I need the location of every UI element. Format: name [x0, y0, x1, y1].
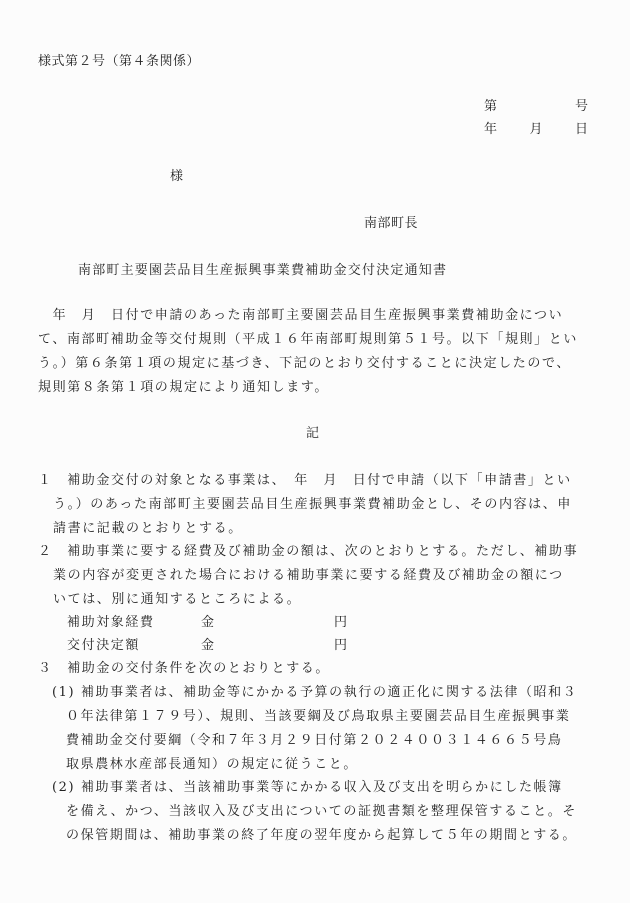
condition-line: ０年法律第１７９号）、規則、当該要綱及び鳥取県主要園芸品目生産振興事業	[66, 709, 571, 725]
date-year: 年	[484, 122, 497, 138]
item-line: ２ 補助事業に要する経費及び補助金の額は、次のとおりとする。ただし、補助事	[38, 544, 578, 560]
ki-heading: 記	[306, 426, 321, 442]
document-number: 第 号	[484, 99, 588, 115]
body-line: て、南部町補助金等交付規則（平成１６年南部町規則第５１号。以下「規則」とい	[38, 332, 578, 348]
condition-line: 取県農林水産部長通知）の規定に従うこと。	[66, 757, 358, 773]
item-line: いては、別に通知するところによる。	[53, 592, 301, 608]
condition-line: を備え、かつ、当該収入及び支出についての証拠書類を整理保管すること。そ	[66, 804, 577, 820]
amount-yen: 円	[334, 638, 349, 654]
amount-label: 交付決定額	[67, 638, 140, 654]
addressee-suffix: 様	[170, 169, 185, 185]
item-line: 業の内容が変更された場合における補助事業に要する経費及び補助金の額につ	[53, 568, 564, 584]
number-dai: 第	[484, 99, 497, 115]
amount-kin: 金	[201, 638, 216, 654]
form-label: 様式第２号（第４条関係）	[38, 54, 200, 70]
condition-line: (2) 補助事業者は、当該補助事業等にかかる収入及び支出を明らかにした帳簿	[52, 780, 563, 796]
condition-line: 費補助金交付要綱（令和７年３月２９日付第２０２４００３１４６６５号鳥	[66, 733, 562, 749]
document-title: 南部町主要園芸品目生産振興事業費補助金交付決定通知書	[78, 263, 447, 279]
item-line: １ 補助金交付の対象となる事業は、 年 月 日付で申請（以下「申請書」とい	[38, 473, 572, 489]
amount-yen: 円	[334, 615, 349, 631]
date-day: 日	[575, 122, 588, 138]
date-month: 月	[529, 122, 542, 138]
condition-line: (1) 補助事業者は、補助金等にかかる予算の執行の適正化に関する法律（昭和３	[52, 685, 577, 701]
item-line: う。）のあった南部町主要園芸品目生産振興事業費補助金とし、その内容は、申	[53, 497, 572, 513]
amount-label: 補助対象経費	[67, 615, 155, 631]
item-line: 請書に記載のとおりとする。	[53, 521, 243, 537]
body-line: 年 月 日付で申請のあった南部町主要園芸品目生産振興事業費補助金につい	[38, 308, 563, 324]
amount-kin: 金	[201, 615, 216, 631]
number-go: 号	[575, 99, 588, 115]
condition-line: の保管期間は、補助事業の終了年度の翌年度から起算して５年の期間とする。	[66, 828, 577, 844]
document-date: 年 月 日	[484, 122, 588, 138]
issuer: 南部町長	[364, 216, 418, 232]
body-line: う。）第６条第１項の規定に基づき、下記のとおり交付することに決定したので、	[38, 356, 571, 372]
item-3: ３ 補助金の交付条件を次のとおりとする。	[38, 661, 330, 677]
body-line: 規則第８条第１項の規定により通知します。	[38, 380, 329, 396]
